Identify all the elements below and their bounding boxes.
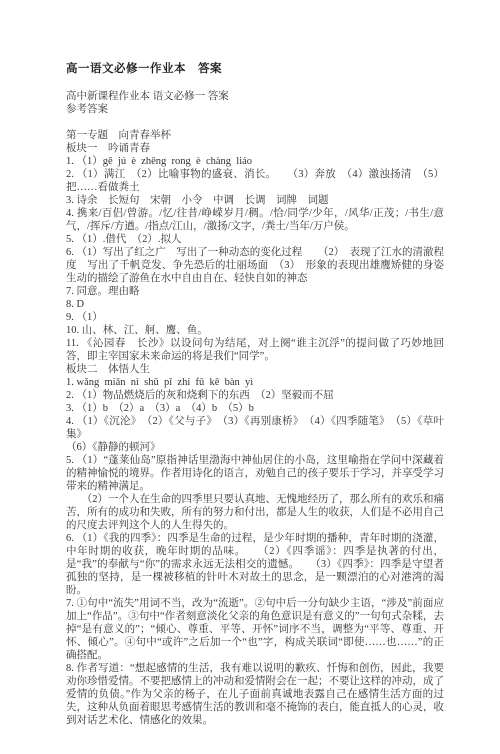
answer-line: 8. 作者写道：“想起感情的生活，我有难以说明的歉疚、忏悔和创伤，因此，我要劝你… <box>66 662 444 727</box>
answer-line: 5. （1）“蓬莱仙岛”原指神话里渤海中神仙居住的小岛，这里喻指在学问中深藏着的… <box>66 454 444 493</box>
answer-line: 2. （1）满江 （2）比喻事物的盛衰、消长。 （3）奔放 （4）激浊扬清 （5… <box>66 168 444 194</box>
answer-line: 3. 诗余 长短句 宋朝 小令 中调 长调 词牌 词题 <box>66 194 444 207</box>
answer-line: 1. wǎng miǎn nì shǔ pǐ zhí fǔ kē bàn yì <box>66 376 444 389</box>
answer-line: 6. （1）《我的四季》：四季是生命的过程，是少年时期的播种，青年时期的浇灌，中… <box>66 532 444 597</box>
reference-answers-label: 参考答案 <box>66 103 444 116</box>
section-1-heading: 板块一 吟诵青春 <box>66 142 444 155</box>
answer-line: 10. 山、林、江、舸、鹰、鱼。 <box>66 324 444 337</box>
answer-line: 5. （1）.借代 （2）.拟人 <box>66 233 444 246</box>
document-subtitle: 高中新课程作业本 语文必修一 答案 <box>66 90 444 103</box>
answer-line: 1. （1）gě jú è zhēng rong è chàng liáo <box>66 155 444 168</box>
answer-line: 7. ①句中“流失”用词不当，改为“流逝”。②句中后一分句缺少主语，“涉及”前面… <box>66 597 444 662</box>
answer-line: 11. 《沁园春 长沙》以设问句为结尾，对上阕“谁主沉浮”的提问做了巧妙地回答，… <box>66 337 444 363</box>
section-2-heading: 板块二 体悟人生 <box>66 363 444 376</box>
answer-line: 4. （1）《沉沦》 （2）《父与子》 （3）《再别康桥》 （4）《四季随笔》 … <box>66 415 444 441</box>
answer-line: 6. （1）写出了红之广 写出了一种动态的变化过程 （2） 表现了江水的清澈程度… <box>66 246 444 285</box>
answer-line: 9. （1） <box>66 311 444 324</box>
answer-line: （6）《静静的顿河》 <box>66 441 444 454</box>
answer-line: 7. 同意。理由略 <box>66 285 444 298</box>
answer-line: 2. （1）物品燃烧后的灰和烧剩下的东西 （2）坚毅而不屈 <box>66 389 444 402</box>
document-page: 高一语文必修一作业本 答案 高中新课程作业本 语文必修一 答案 参考答案 第一专… <box>0 0 500 754</box>
spacer <box>66 116 444 129</box>
answer-line: 4. 携来/百侣/曾游。/忆/往昔/峥嵘岁月/稠。/恰/同学/少年，/风华/正茂… <box>66 207 444 233</box>
topic-heading: 第一专题 向青春举杯 <box>66 129 444 142</box>
answer-line: 3. （1）b （2）a （3）a （4）b （5）b <box>66 402 444 415</box>
answer-line: 8. D <box>66 298 444 311</box>
answer-line: （2）一个人在生命的四季里只要认真地、无愧地经历了，那么所有的欢乐和痛苦，所有的… <box>66 493 444 532</box>
page-title: 高一语文必修一作业本 答案 <box>66 62 444 76</box>
